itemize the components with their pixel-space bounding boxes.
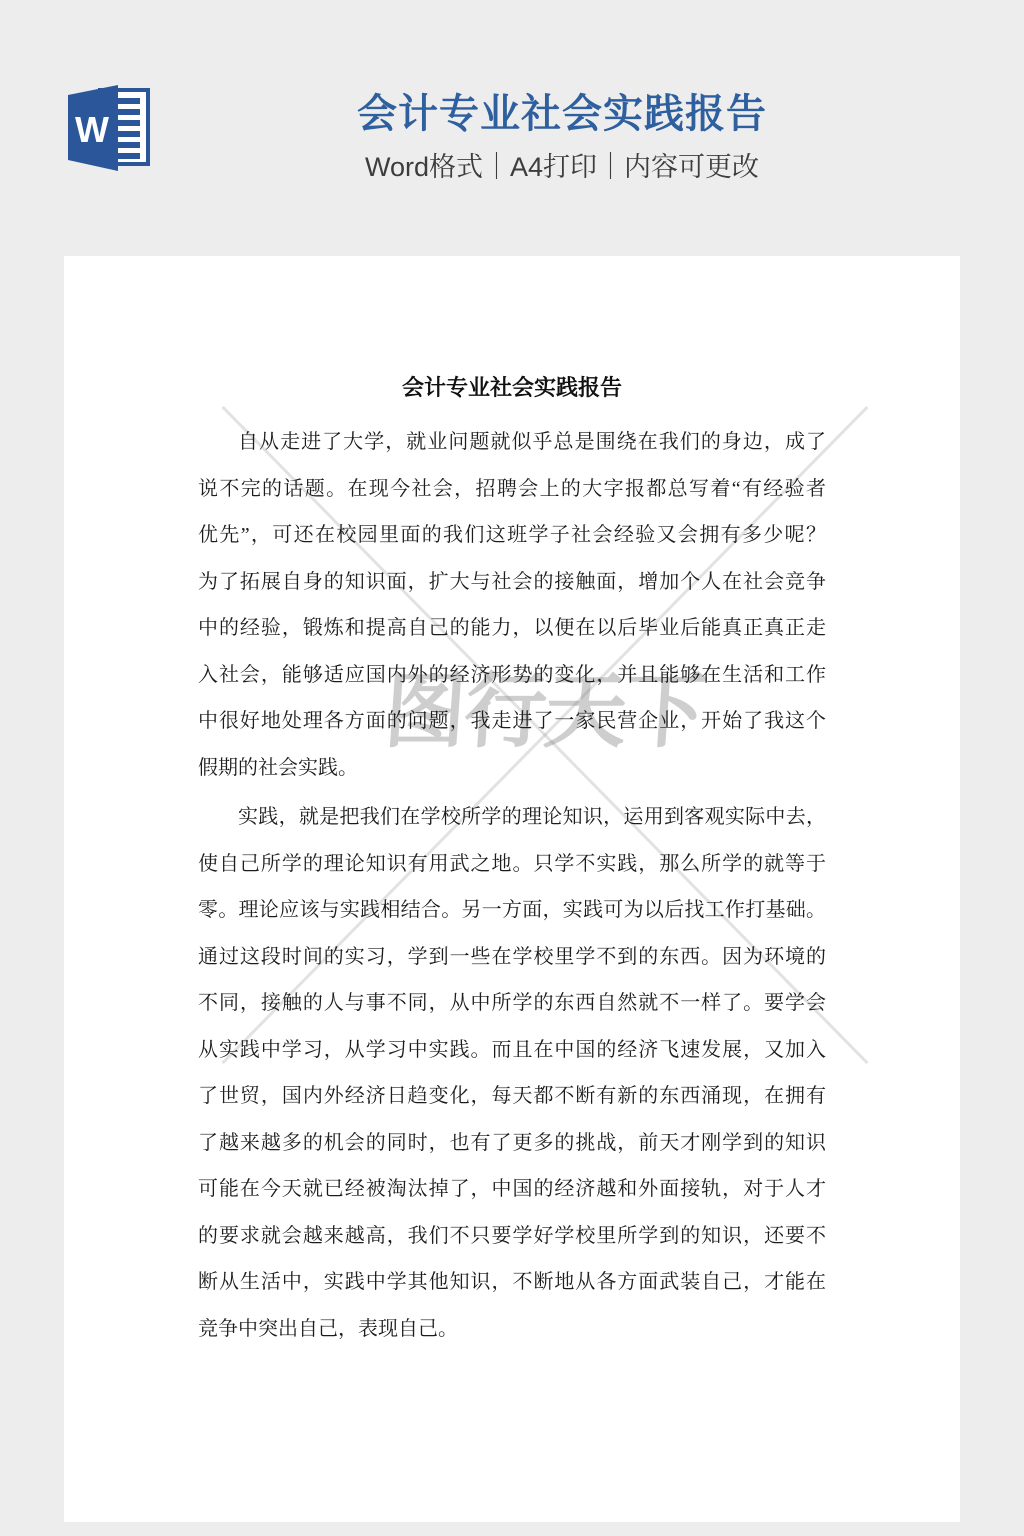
doc-line: 入社会，能够适应国内外的经济形势的变化，并且能够在生活和工作 — [198, 652, 826, 699]
paragraph: 实践，就是把我们在学校所学的理论知识，运用到客观实际中去，使自己所学的理论知识有… — [198, 794, 826, 1352]
header: 会计专业社会实践报告 Word格式｜A4打印｜内容可更改 — [100, 88, 1024, 184]
paragraph: 自从走进了大学，就业问题就似乎总是围绕在我们的身边，成了说不完的话题。在现今社会… — [198, 419, 826, 791]
doc-line: 实践，就是把我们在学校所学的理论知识，运用到客观实际中去， — [198, 794, 826, 841]
page-background: { "header": { "title": "会计专业社会实践报告", "su… — [0, 0, 1024, 1536]
doc-line: 可能在今天就已经被淘汰掉了，中国的经济越和外面接轨，对于人才 — [198, 1166, 826, 1213]
doc-line: 断从生活中，实践中学其他知识，不断地从各方面武装自己，才能在 — [198, 1259, 826, 1306]
doc-line: 的要求就会越来越高，我们不只要学好学校里所学到的知识，还要不 — [198, 1213, 826, 1260]
doc-line: 了越来越多的机会的同时，也有了更多的挑战，前天才刚学到的知识 — [198, 1120, 826, 1167]
doc-line: 不同，接触的人与事不同，从中所学的东西自然就不一样了。要学会 — [198, 980, 826, 1027]
doc-line: 使自己所学的理论知识有用武之地。只学不实践，那么所学的就等于 — [198, 841, 826, 888]
doc-line: 中很好地处理各方面的问题，我走进了一家民营企业，开始了我这个 — [198, 698, 826, 745]
doc-line: 通过这段时间的实习，学到一些在学校里学不到的东西。因为环境的 — [198, 934, 826, 981]
doc-line: 说不完的话题。在现今社会，招聘会上的大字报都总写着“有经验者 — [198, 466, 826, 513]
doc-line: 中的经验，锻炼和提高自己的能力，以便在以后毕业后能真正真正走 — [198, 605, 826, 652]
doc-line: 自从走进了大学，就业问题就似乎总是围绕在我们的身边，成了 — [198, 419, 826, 466]
document-title: 会计专业社会实践报告 — [64, 374, 960, 402]
document-page: 图行天下 会计专业社会实践报告 自从走进了大学，就业问题就似乎总是围绕在我们的身… — [64, 256, 960, 1522]
doc-line: 竞争中突出自己，表现自己。 — [198, 1306, 826, 1353]
doc-paragraphs: 自从走进了大学，就业问题就似乎总是围绕在我们的身边，成了说不完的话题。在现今社会… — [198, 419, 826, 1352]
doc-line: 零。理论应该与实践相结合。另一方面，实践可为以后找工作打基础。 — [198, 887, 826, 934]
template-subtitle: Word格式｜A4打印｜内容可更改 — [100, 150, 1024, 184]
doc-line: 假期的社会实践。 — [198, 745, 826, 792]
doc-line: 为了拓展自身的知识面，扩大与社会的接触面，增加个人在社会竞争 — [198, 559, 826, 606]
doc-line: 优先”，可还在校园里面的我们这班学子社会经验又会拥有多少呢？ — [198, 512, 826, 559]
doc-line: 了世贸，国内外经济日趋变化，每天都不断有新的东西涌现，在拥有 — [198, 1073, 826, 1120]
doc-line: 从实践中学习，从学习中实践。而且在中国的经济飞速发展，又加入 — [198, 1027, 826, 1074]
template-title: 会计专业社会实践报告 — [100, 88, 1024, 140]
